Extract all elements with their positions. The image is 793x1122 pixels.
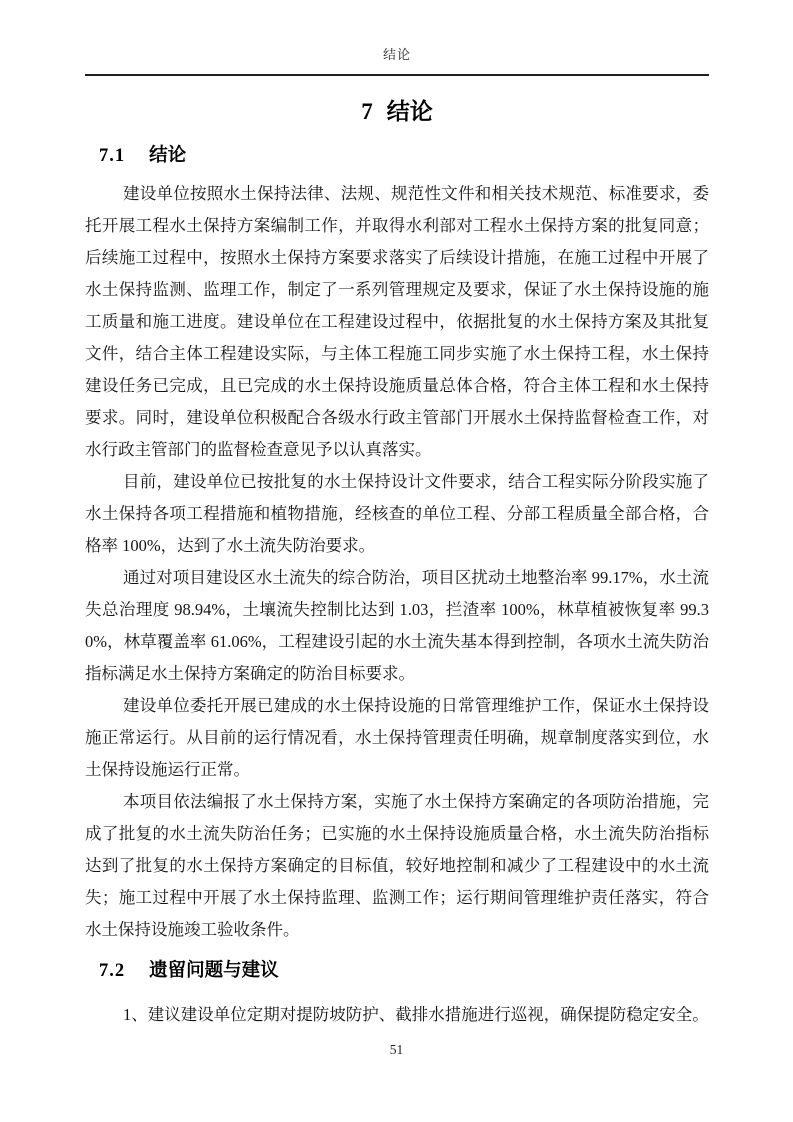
chapter-title: 7结论 (85, 96, 709, 127)
chapter-number: 7 (361, 99, 373, 124)
running-header-title: 结论 (383, 47, 411, 62)
paragraph: 建设单位委托开展已建成的水土保持设施的日常管理维护工作，保证水土保持设施正常运行… (85, 690, 709, 786)
paragraph: 1、建议建设单位定期对提防坡防护、截排水措施进行巡视，确保提防稳定安全。 (85, 999, 709, 1031)
paragraph: 本项目依法编报了水土保持方案，实施了水土保持方案确定的各项防治措施，完成了批复的… (85, 786, 709, 946)
paragraph: 目前，建设单位已按批复的水土保持设计文件要求，结合工程实际分阶段实施了水土保持各… (85, 466, 709, 562)
section-7-2-body: 1、建议建设单位定期对提防坡防护、截排水措施进行巡视，确保提防稳定安全。 (85, 999, 709, 1031)
section-7-1-number: 7.1 (99, 146, 125, 166)
chapter-title-text: 结论 (387, 98, 433, 124)
section-7-1-heading: 7.1结论 (99, 142, 709, 169)
paragraph: 通过对项目建设区水土流失的综合防治，项目区扰动土地整治率 99.17%，水土流失… (85, 562, 709, 690)
paragraph: 建设单位按照水土保持法律、法规、规范性文件和相关技术规范、标准要求，委托开展工程… (85, 178, 709, 466)
section-7-1-body: 建设单位按照水土保持法律、法规、规范性文件和相关技术规范、标准要求，委托开展工程… (85, 178, 709, 946)
running-header: 结论 (85, 44, 709, 76)
section-7-2-title: 遗留问题与建议 (149, 959, 279, 980)
section-7-2: 7.2遗留问题与建议 1、建议建设单位定期对提防坡防护、截排水措施进行巡视，确保… (85, 957, 709, 1031)
page-footer: 51 (0, 1042, 793, 1058)
section-7-1-title: 结论 (149, 144, 186, 165)
page-number: 51 (390, 1042, 404, 1057)
section-7-2-heading: 7.2遗留问题与建议 (99, 957, 709, 984)
section-7-1: 7.1结论 建设单位按照水土保持法律、法规、规范性文件和相关技术规范、标准要求，… (85, 142, 709, 946)
section-7-2-number: 7.2 (99, 961, 125, 981)
document-page: 结论 7结论 7.1结论 建设单位按照水土保持法律、法规、规范性文件和相关技术规… (0, 0, 793, 1122)
